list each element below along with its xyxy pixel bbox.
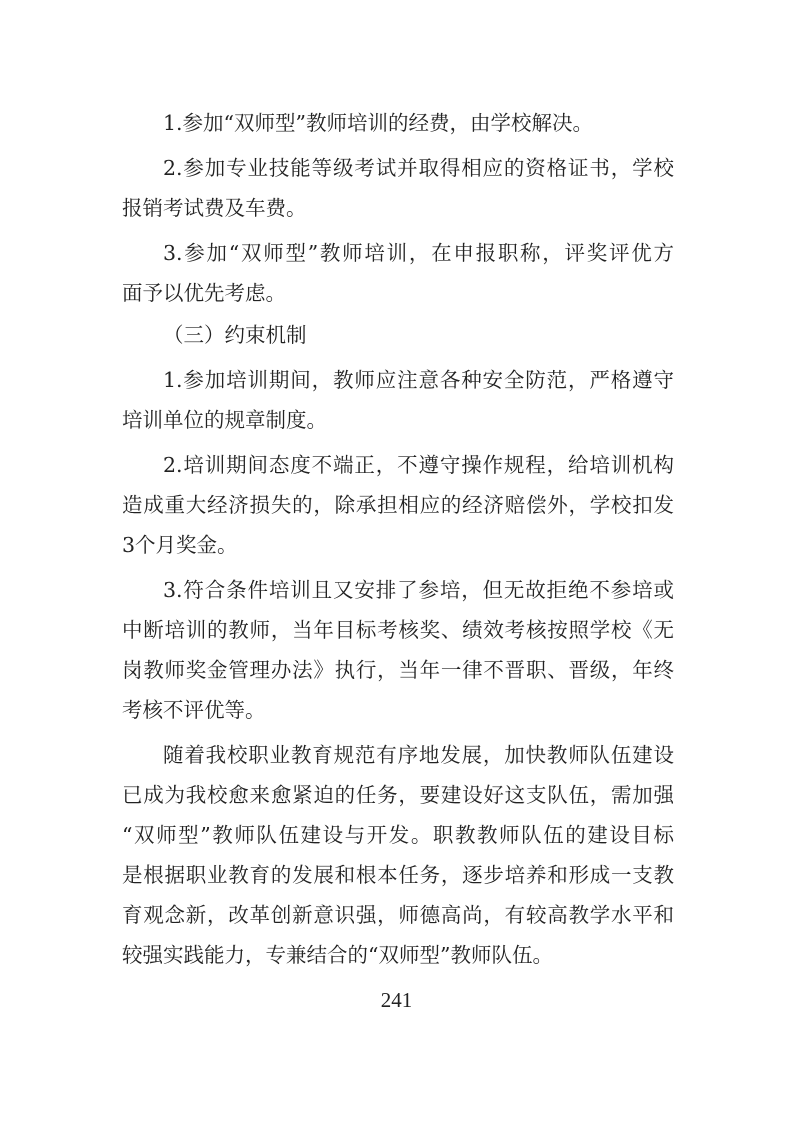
text-line: 中断培训的教师，当年目标考核奖、绩效考核按照学校《无: [122, 615, 674, 645]
text-line: 考核不评优等。: [122, 695, 674, 725]
text-line: 较强实践能力，专兼结合的“双师型”教师队伍。: [122, 940, 674, 970]
text-line: 3.参加“双师型”教师培训，在申报职称，评奖评优方: [163, 238, 674, 268]
text-line: “双师型”教师队伍建设与开发。职教教师队伍的建设目标: [122, 820, 674, 850]
text-line: 3.符合条件培训且又安排了参培，但无故拒绝不参培或: [163, 575, 674, 605]
section-heading: （三）约束机制: [163, 320, 674, 350]
page-number: 241: [0, 988, 793, 1013]
text-line: 2.参加专业技能等级考试并取得相应的资格证书，学校: [163, 153, 674, 183]
text-line: 2.培训期间态度不端正，不遵守操作规程，给培训机构: [163, 450, 674, 480]
text-line: 1.参加培训期间，教师应注意各种安全防范，严格遵守: [163, 365, 674, 395]
text-line: 随着我校职业教育规范有序地发展，加快教师队伍建设: [163, 740, 674, 770]
text-line: 已成为我校愈来愈紧迫的任务，要建设好这支队伍，需加强: [122, 780, 674, 810]
text-line: 面予以优先考虑。: [122, 278, 674, 308]
text-line: 3个月奖金。: [122, 530, 674, 560]
text-line: 造成重大经济损失的，除承担相应的经济赔偿外，学校扣发: [122, 490, 674, 520]
text-line: 培训单位的规章制度。: [122, 405, 674, 435]
document-page: 1.参加“双师型”教师培训的经费，由学校解决。 2.参加专业技能等级考试并取得相…: [0, 0, 793, 1122]
text-line: 岗教师奖金管理办法》执行，当年一律不晋职、晋级，年终: [122, 655, 674, 685]
text-line: 育观念新，改革创新意识强，师德高尚，有较高教学水平和: [122, 900, 674, 930]
text-line: 是根据职业教育的发展和根本任务，逐步培养和形成一支教: [122, 860, 674, 890]
text-line: 报销考试费及车费。: [122, 193, 674, 223]
text-line: 1.参加“双师型”教师培训的经费，由学校解决。: [163, 108, 674, 138]
